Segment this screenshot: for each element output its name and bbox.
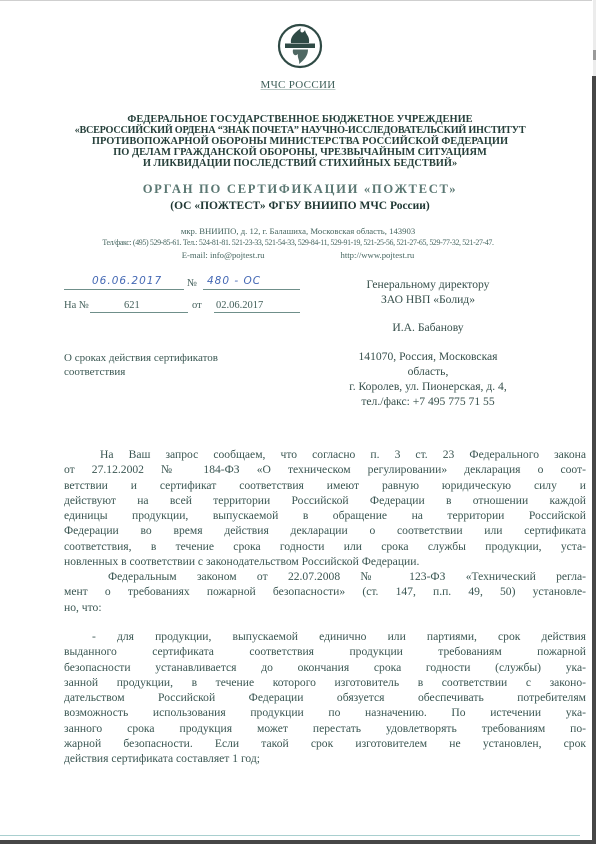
text-line: новленных в соответствии с законодательс…	[64, 554, 586, 569]
text-line: действуют на всей территории Российской …	[64, 493, 586, 508]
text-line: Федерации во время действия декларации о…	[64, 523, 586, 538]
ref-date: 02.06.2017	[216, 300, 263, 311]
scanned-letter-page: МЧС РОССИИ ФЕДЕРАЛЬНОЕ ГОСУДАРСТВЕННОЕ Б…	[0, 0, 592, 841]
org-phones: Тел/факс: (495) 529-85-61. Тел.: 524-81-…	[0, 238, 596, 247]
org-name-line-2: «ВСЕРОССИЙСКИЙ ОРДЕНА “ЗНАК ПОЧЕТА” НАУЧ…	[60, 125, 540, 136]
org-name-line-4: ПО ДЕЛАМ ГРАЖДАНСКОЙ ОБОРОНЫ, ЧРЕЗВЫЧАЙН…	[60, 147, 540, 158]
text-line: от 27.12.2002 № 184-ФЗ «О техническом ре…	[64, 462, 586, 477]
text-line: но, что:	[64, 600, 586, 615]
text-line: единицы продукции, выпускаемой в обращен…	[64, 508, 586, 523]
text-line: занной продукции, в течение которого изг…	[64, 675, 586, 690]
text-line: дательством Российской Федерации обязует…	[64, 690, 586, 705]
ref-date-underline	[214, 312, 300, 313]
text-line: соответствия, в течение срока годности и…	[64, 539, 586, 554]
addressee-address-line-1: 141070, Россия, Московская	[328, 350, 528, 365]
ref-from-label: от	[192, 300, 202, 311]
scan-edge-line	[0, 835, 580, 836]
outgoing-date: 06.06.2017	[92, 275, 162, 287]
org-email: E-mail: info@pojtest.ru	[182, 250, 265, 260]
text-line: выданного сертификата соответствия проду…	[64, 644, 586, 659]
text-line: безопасности устанавливается до окончани…	[64, 660, 586, 675]
text-line: жарной безопасности. Если такой срок изг…	[64, 736, 586, 751]
text-line: На Ваш запрос сообщаем, что согласно п. …	[64, 447, 586, 462]
org-name-line-1: ФЕДЕРАЛЬНОЕ ГОСУДАРСТВЕННОЕ БЮДЖЕТНОЕ УЧ…	[60, 114, 540, 125]
date-underline	[64, 289, 184, 290]
outgoing-number: 480 - ОС	[207, 275, 261, 287]
org-address: мкр. ВНИИПО, д. 12, г. Балашиха, Московс…	[0, 226, 596, 236]
addressee-name: И.А. Бабанову	[328, 321, 528, 336]
body-paragraph-1: На Ваш запрос сообщаем, что согласно п. …	[64, 447, 586, 569]
text-line: занного срока продукция может перестать …	[64, 721, 586, 736]
letter-subject: О сроках действия сертификатов соответст…	[64, 351, 218, 379]
text-line: мент о требованиях пожарной безопасности…	[64, 584, 586, 599]
viewer-frame-right	[592, 76, 596, 844]
addressee-address-line-2: область,	[328, 365, 528, 380]
text-line: действия сертификата составляет 1 год;	[64, 751, 586, 766]
body-paragraph-3: - для продукции, выпускаемой единично ил…	[64, 629, 586, 767]
subject-line-2: соответствия	[64, 365, 218, 379]
ref-number-label: На №	[64, 300, 89, 311]
text-line: Федеральным законом от 22.07.2008 № 123-…	[64, 569, 586, 584]
body-paragraph-2: Федеральным законом от 22.07.2008 № 123-…	[64, 569, 586, 615]
number-underline	[203, 289, 300, 290]
organ-title: ОРГАН ПО СЕРТИФИКАЦИИ «ПОЖТЕСТ»	[60, 182, 540, 197]
text-line: - для продукции, выпускаемой единично ил…	[64, 629, 586, 644]
addressee-company: ЗАО НВП «Болид»	[328, 293, 528, 308]
addressee-position: Генеральному директору	[328, 278, 528, 293]
addressee-phone: тел./факс: +7 495 775 71 55	[328, 395, 528, 410]
organ-subtitle: (ОС «ПОЖТЕСТ» ФГБУ ВНИИПО МЧС России)	[60, 200, 540, 212]
org-website: http://www.pojtest.ru	[341, 250, 415, 260]
viewer-frame-bottom	[0, 840, 596, 844]
ref-number: 621	[124, 300, 140, 311]
logo-caption: МЧС РОССИИ	[0, 79, 596, 91]
subject-line-1: О сроках действия сертификатов	[64, 351, 218, 365]
addressee-address-line-3: г. Королев, ул. Пионерская, д. 4,	[328, 380, 528, 395]
org-name-line-5: И ЛИКВИДАЦИИ ПОСЛЕДСТВИЙ СТИХИЙНЫХ БЕДСТ…	[60, 158, 540, 169]
mchs-flame-emblem-icon	[277, 23, 323, 69]
org-contacts: E-mail: info@pojtest.ruhttp://www.pojtes…	[0, 250, 596, 260]
org-name-line-3: ПРОТИВОПОЖАРНОЙ ОБОРОНЫ МИНИСТЕРСТВА РОС…	[60, 136, 540, 147]
outgoing-number-label: №	[187, 278, 197, 289]
text-line: возможность использования продукции по н…	[64, 705, 586, 720]
ref-number-underline	[90, 312, 188, 313]
text-line: ветствии и сертификат соответствия имеют…	[64, 478, 586, 493]
